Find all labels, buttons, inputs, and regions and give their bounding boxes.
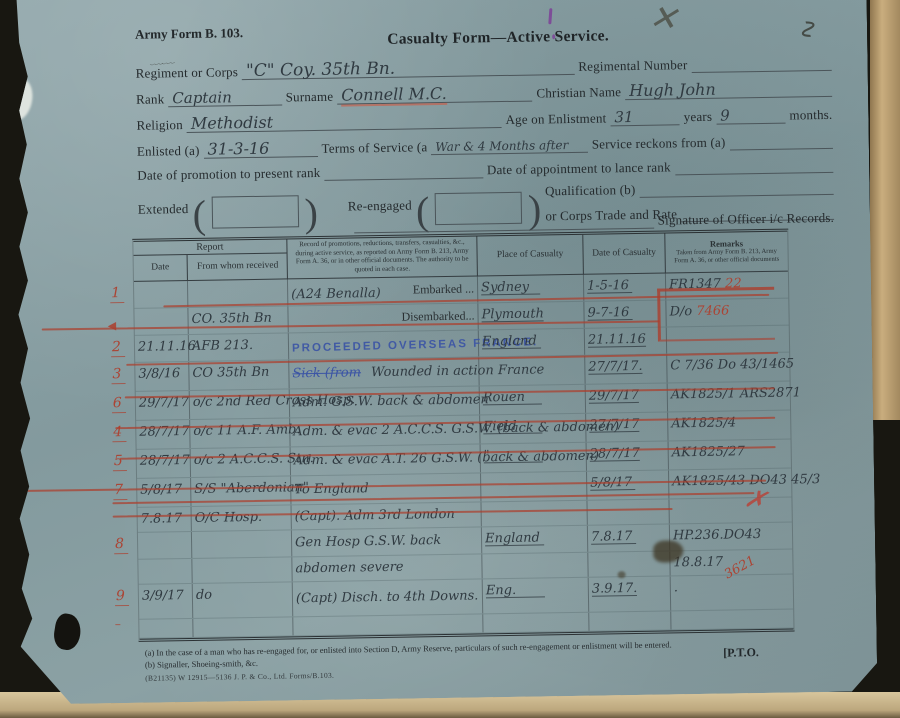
- row-number: 3: [111, 365, 125, 383]
- cell-record: (Capt) Disch. to 4th Downs.: [293, 579, 484, 616]
- cell-date: [134, 280, 188, 307]
- remarks-header: Remarks Taken from Army Form B. 213, Arm…: [665, 232, 788, 273]
- cell-remarks: [671, 609, 793, 629]
- cell-date: [138, 558, 192, 583]
- cell-record: [293, 614, 483, 635]
- field-line-enlisted: Enlisted (a) 31-3-16 Terms of Service (a…: [137, 130, 833, 160]
- cell-place: England: [479, 328, 585, 356]
- underlying-page-edge: [870, 0, 900, 420]
- lance-field: [675, 156, 834, 175]
- document-paper: Army Form B. 103. Casualty Form—Active S…: [9, 0, 878, 705]
- record-value: (Capt). Adm 3rd London: [295, 508, 455, 524]
- cell-place: Eng.: [483, 577, 590, 613]
- christian-name-field: Hugh John: [625, 78, 832, 100]
- cell-from-whom: o/c 11 A.F. Amb.: [190, 418, 290, 448]
- purple-ink-dot: [552, 34, 555, 39]
- from-whom-header: From whom received: [188, 253, 288, 279]
- cell-date: [138, 531, 192, 558]
- cell-place: Plymouth: [478, 301, 584, 329]
- cell-place: England: [482, 525, 588, 553]
- cell-place: Rouen: [480, 384, 586, 414]
- terms-label: Terms of Service (a: [321, 139, 427, 157]
- cell-remarks: HP.236.DO43: [670, 522, 792, 550]
- christian-name-value: Hugh John: [629, 80, 716, 100]
- cell-date: 3/9/17: [139, 583, 194, 618]
- from-whom-value: AFB 213.: [192, 337, 253, 353]
- promotion-label: Date of promotion to present rank: [137, 165, 320, 184]
- cell-record: (Capt). Adm 3rd London: [291, 502, 481, 529]
- casualty-date-value: 1-5-16: [587, 279, 632, 294]
- row-number: 5: [113, 452, 127, 470]
- rank-field: Captain: [168, 87, 282, 108]
- cell-remarks: 18.8.17 3621: [670, 549, 792, 575]
- rank-label: Rank: [136, 91, 164, 107]
- casualty-date-value: 3.9.17.: [592, 581, 638, 596]
- cell-date-of-casualty: 28/7/17: [587, 441, 669, 470]
- enlisted-value: 31-3-16: [207, 139, 269, 159]
- row-number: 1: [110, 285, 124, 303]
- qualification-field: [639, 178, 833, 198]
- cell-date-of-casualty: 29/7/17: [586, 383, 668, 412]
- cell-remarks: AK1825/1 ARS2871: [668, 381, 805, 411]
- cell-record: PROCEEDED OVERSEAS FRANCE.: [289, 330, 479, 359]
- extended-label: Extended: [138, 201, 189, 218]
- date-value: 7.8.17: [141, 511, 183, 527]
- record-printed-label: Embarked ...: [413, 282, 475, 298]
- cell-from-whom: [192, 557, 292, 583]
- from-whom-value: CO 35th Bn: [192, 364, 269, 380]
- cell-date: [139, 618, 193, 637]
- cell-remarks: AK1825/4: [668, 410, 790, 440]
- record-header: Record of promotions, reductions, transf…: [287, 236, 478, 278]
- ink-stain-small: [618, 571, 626, 578]
- age-months-field: 9: [716, 105, 786, 125]
- field-line-name: Rank Captain Surname Connell M.C. Christ…: [136, 78, 832, 108]
- date-value: 3/8/16: [138, 366, 180, 382]
- from-whom-value: do: [196, 587, 212, 602]
- age-field: 31: [610, 106, 680, 126]
- signature-label: Signature of Officer i/c Records.: [658, 210, 835, 229]
- age-months-value: 9: [720, 106, 730, 124]
- cell-date-of-casualty: [587, 499, 669, 524]
- place-value: Eng.: [486, 583, 546, 598]
- years-label: years: [684, 109, 713, 125]
- terms-field: War & 4 Months after: [431, 134, 588, 155]
- cell-remarks: .: [671, 574, 794, 610]
- date-value: 21.11.16: [138, 338, 196, 354]
- remarks-value: HP.236.DO43: [673, 527, 761, 543]
- casualty-date-value: 7.8.17: [591, 529, 636, 544]
- cell-remarks: AK1825/27: [669, 439, 791, 469]
- cell-from-whom: o/c 2 A.C.C.S. Stn.: [191, 447, 291, 477]
- place-value: Plymouth: [481, 307, 544, 322]
- religion-field: Methodist: [187, 109, 502, 133]
- cell-remarks: [669, 497, 791, 523]
- cell-record: Adm. & evac 2 A.C.C.S. G.S.W. (back & ab…: [290, 415, 480, 446]
- cell-record: Adm. G.S.W. back & abdomen: [290, 386, 480, 417]
- cell-date: 3/8/16: [135, 361, 189, 390]
- pto-label: [P.T.O.: [723, 645, 759, 661]
- cell-place: [482, 552, 588, 578]
- cell-place: Field: [480, 413, 586, 443]
- cell-date-of-casualty: 3.9.17.: [589, 576, 672, 611]
- record-value: (Capt) Disch. to 4th Downs.: [296, 589, 479, 605]
- cell-record: abdomen severe: [292, 554, 482, 581]
- lance-label: Date of appointment to lance rank: [487, 159, 671, 178]
- cell-record: Gen Hosp G.S.W. back: [292, 527, 482, 556]
- red-ink-arrow: ◀: [108, 319, 117, 332]
- row-number: 9: [115, 587, 129, 605]
- remarks-subtitle: Taken from Army Form B. 213, Army Form A…: [669, 248, 785, 266]
- pencil-curl-mark: ∿: [791, 16, 825, 43]
- cell-place: [479, 355, 585, 385]
- cell-date-of-casualty: 27/7/17: [586, 412, 668, 441]
- torn-edge-white-patch-small: [9, 179, 21, 205]
- torn-edge-white-patch: [2, 76, 37, 123]
- qualification-label: Qualification (b): [545, 182, 636, 199]
- rank-value: Captain: [172, 88, 232, 107]
- cell-place: ": [481, 442, 587, 472]
- cell-date: 28/7/17: [137, 448, 191, 477]
- promotion-field: [324, 161, 483, 180]
- cell-remarks: C 7/36 Do 43/1465: [667, 352, 797, 382]
- age-value: 31: [614, 108, 633, 126]
- enlisted-field: 31-3-16: [203, 138, 317, 159]
- row-number: 8: [114, 535, 128, 553]
- cell-record: Disembarked...: [288, 303, 478, 332]
- surname-value: Connell M.C.: [341, 84, 447, 107]
- footnotes: (a) In the case of a man who has re-enga…: [145, 636, 808, 684]
- place-header: Place of Casualty: [477, 235, 584, 276]
- reckons-field: [729, 132, 833, 151]
- surname-label: Surname: [286, 89, 334, 106]
- form-number: Army Form B. 103.: [135, 25, 243, 43]
- record-value: Adm. G.S.W. back & abdomen: [293, 393, 489, 409]
- regiment-label: Regiment or Corps: [136, 64, 239, 82]
- cell-from-whom: [192, 530, 292, 558]
- religion-label: Religion: [136, 117, 183, 134]
- header-report: Report Date From whom received: [133, 239, 288, 281]
- from-whom-value: O/C Hosp.: [195, 509, 263, 525]
- religion-value: Methodist: [191, 113, 274, 133]
- cell-date: 21.11.16: [135, 334, 189, 361]
- reengaged-label: Re-engaged: [348, 197, 412, 214]
- cell-date: 28/7/17: [136, 419, 190, 448]
- row-number: [115, 623, 120, 625]
- place-value: England: [485, 531, 545, 546]
- cell-from-whom: CO. 35th Bn: [188, 306, 288, 334]
- regimental-number-label: Regimental Number: [578, 57, 687, 75]
- age-label: Age on Enlistment: [505, 110, 606, 128]
- remarks-value: .: [674, 580, 678, 595]
- cell-date: 7.8.17: [138, 506, 192, 531]
- field-line-religion-age: Religion Methodist Age on Enlistment 31 …: [136, 104, 832, 134]
- struck-text: Sick (from: [292, 366, 361, 380]
- red-ink-bracket: [657, 287, 775, 342]
- date-value: 3/9/17: [142, 588, 184, 604]
- place-value: England: [482, 334, 542, 349]
- from-whom-value: CO. 35th Bn: [191, 310, 272, 326]
- casualty-date-value: 27/7/17.: [588, 359, 642, 374]
- regiment-value: "C" Coy. 35th Bn.: [246, 59, 395, 81]
- record-value: abdomen severe: [295, 561, 403, 576]
- cell-record: Adm. & evac A.T. 26 G.S.W. (back & abdom…: [291, 444, 481, 475]
- pencil-x-mark: ✕: [647, 0, 680, 40]
- date-of-casualty-header: Date of Casualty: [583, 233, 666, 274]
- terms-value: War & 4 Months after: [435, 138, 568, 154]
- field-line-regiment: Regiment or Corps "C" Coy. 35th Bn. Regi…: [136, 52, 832, 82]
- months-label: months.: [789, 107, 832, 124]
- cell-place: [481, 500, 587, 526]
- cell-date-of-casualty: [589, 611, 671, 630]
- record-value: Gen Hosp G.S.W. back: [295, 534, 441, 549]
- regiment-field: "C" Coy. 35th Bn.: [242, 56, 575, 80]
- casualty-date-value: 21.11.16: [588, 332, 646, 347]
- row-number: 2: [111, 338, 125, 356]
- cell-from-whom: do: [193, 582, 294, 618]
- christian-name-label: Christian Name: [536, 84, 621, 101]
- cell-date: [134, 307, 188, 334]
- cell-from-whom: O/C Hosp.: [192, 505, 292, 531]
- cell-place: [483, 612, 589, 632]
- casualty-date-value: 9-7-16: [587, 306, 632, 321]
- reckons-label: Service reckons from (a): [592, 135, 726, 153]
- cell-from-whom: AFB 213.: [189, 333, 289, 361]
- torn-hole: [52, 612, 83, 652]
- regimental-number-field: [691, 54, 831, 73]
- enlisted-label: Enlisted (a): [137, 143, 200, 160]
- date-header: Date: [134, 255, 188, 280]
- remarks-value: C 7/36 Do 43/1465: [670, 356, 794, 373]
- cell-date-of-casualty: 21.11.16: [585, 327, 667, 354]
- date-value: 28/7/17: [140, 452, 190, 468]
- place-value: Sydney: [481, 280, 541, 295]
- surname-field: Connell M.C.: [337, 83, 532, 105]
- cell-date-of-casualty: 27/7/17.: [585, 354, 667, 383]
- purple-ink-mark: [548, 8, 552, 24]
- cell-from-whom: [193, 617, 293, 637]
- ship-name: (A24 Benalla): [291, 287, 381, 301]
